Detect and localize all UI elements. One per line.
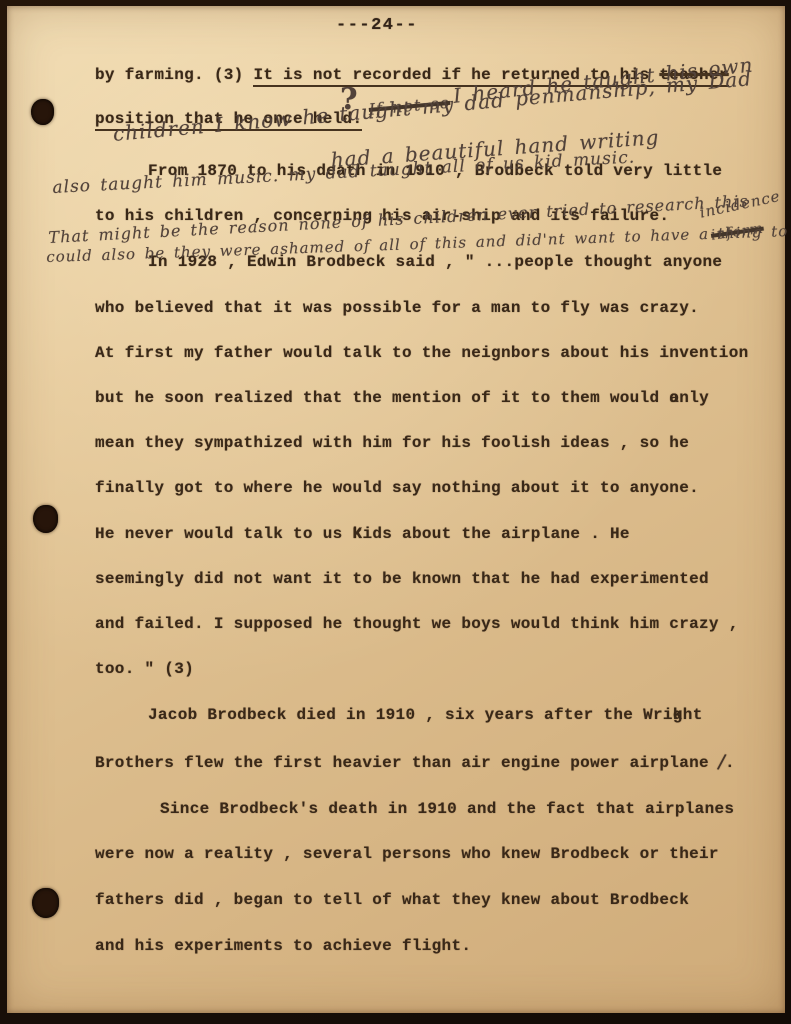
punch-hole-3: [32, 888, 59, 918]
typed-text-segment: finally got to where he would say nothin…: [95, 479, 699, 497]
typed-text-segment: by farming. (3): [95, 66, 253, 84]
typed-line-10: finally got to where he would say nothin…: [95, 479, 699, 497]
typed-text-segment: Jacob Brodbeck died in 1910 , six years …: [148, 706, 673, 724]
typed-line-18: were now a reality , several persons who…: [95, 845, 719, 863]
typed-text-segment: fathers did , began to tell of what they…: [95, 891, 689, 909]
typed-line-14: too. " (3): [95, 660, 194, 678]
overtyped-character: oa: [669, 389, 679, 407]
punch-hole-1: [31, 99, 54, 125]
typed-line-19: fathers did , began to tell of what they…: [95, 891, 689, 909]
typed-line-12: seemingly did not want it to be known th…: [95, 570, 709, 588]
photo-background: ---24-- by farming. (3) It is not record…: [0, 0, 791, 1024]
typed-text-segment: and his experiments to achieve flight.: [95, 937, 471, 955]
typed-line-16: Brothers flew the first heavier than air…: [95, 752, 735, 772]
punch-hole-2: [33, 505, 58, 533]
typed-line-20: and his experiments to achieve flight.: [95, 937, 471, 955]
typed-text-segment: At first my father would talk to the nei…: [95, 344, 749, 362]
typed-text-segment: nly: [679, 389, 709, 407]
typed-line-11: He never would talk to us kKids about th…: [95, 525, 630, 543]
typed-line-9: mean they sympathized with him for his f…: [95, 434, 689, 452]
typed-text-segment: and failed. I supposed he thought we boy…: [95, 615, 739, 633]
typed-text-segment: were now a reality , several persons who…: [95, 845, 719, 863]
typed-line-15: Jacob Brodbeck died in 1910 , six years …: [148, 706, 703, 724]
screenshot-root: { "page": { "page_number": "---24--", "p…: [0, 0, 791, 1024]
typed-line-13: and failed. I supposed he thought we boy…: [95, 615, 739, 633]
typed-text-segment: Since Brodbeck's death in 1910 and the f…: [160, 800, 734, 818]
overtyped-character: kK: [352, 525, 362, 543]
typed-text-segment: too. " (3): [95, 660, 194, 678]
typed-text-segment: seemingly did not want it to be known th…: [95, 570, 709, 588]
typed-text-segment: .: [725, 754, 735, 772]
typed-text-segment: Brothers flew the first heavier than air…: [95, 754, 719, 772]
typed-line-6: who believed that it was possible for a …: [95, 299, 699, 317]
typed-text-segment: ids about the airplane . He: [362, 525, 629, 543]
overtyped-character: gk: [673, 706, 683, 724]
typed-text-segment: but he soon realized that the mention of…: [95, 389, 669, 407]
typed-line-7: At first my father would talk to the nei…: [95, 344, 749, 362]
typed-line-17: Since Brodbeck's death in 1910 and the f…: [160, 800, 734, 818]
typed-line-8: but he soon realized that the mention of…: [95, 389, 709, 407]
typed-text-segment: who believed that it was possible for a …: [95, 299, 699, 317]
typed-text-segment: He never would talk to us: [95, 525, 352, 543]
page-content-layer: by farming. (3) It is not recorded if he…: [0, 0, 791, 1024]
typed-text-segment: mean they sympathized with him for his f…: [95, 434, 689, 452]
typed-text-segment: ht: [683, 706, 703, 724]
